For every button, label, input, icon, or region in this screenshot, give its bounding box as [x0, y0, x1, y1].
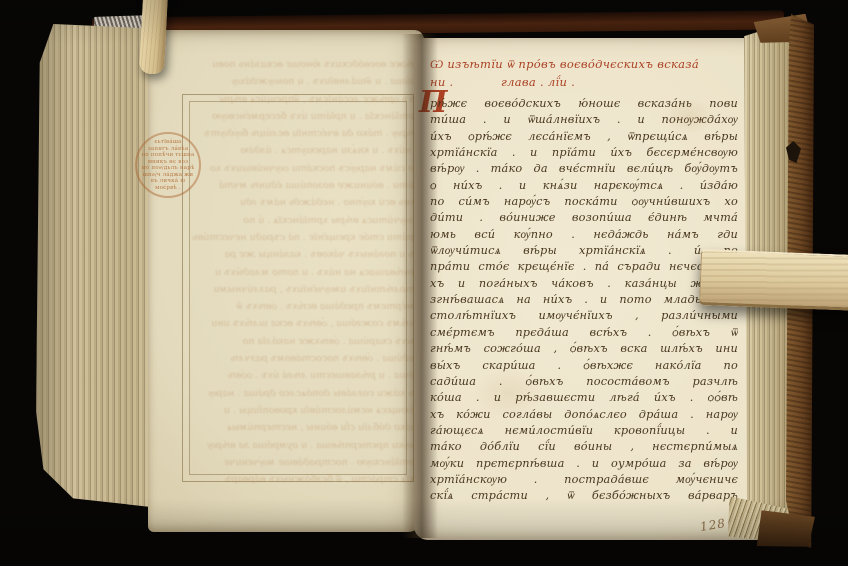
- manuscript-line: смє́ртємъ прєда́ша всѣ́хъ . ѻ́вѣхъ ѿ: [430, 325, 738, 341]
- manuscript-line: хъ и пога́ныхъ ча́ковъ . каза́нцы жє ра: [430, 276, 738, 292]
- ghost-line: скї́ѧ стра́сти , ѿ бєзбо́жныхъ ва́рваръ: [192, 471, 420, 488]
- bookmark-stick-vertical: [139, 0, 168, 75]
- manuscript-line: згнѣ́вашасѧ на ни́хъ . и пото млады́хъ и: [430, 292, 738, 308]
- gutter-shadow: [402, 34, 438, 538]
- ghost-line: та́ко до́блїи сї́и во́ины , нєстєрпи́мыѧ: [192, 419, 420, 436]
- ruler-stick-horizontal: [699, 249, 848, 311]
- ghost-line: ти́ша . и ѿша́лнвїихъ . и понѹжда́хѹ: [192, 73, 420, 90]
- manuscript-line: ѿлѹчи́тисѧ вѣ́ры хртїа́нскїѧ . и́ по: [430, 243, 738, 259]
- leather-cover-corner-bottom: [757, 510, 815, 550]
- ghost-line: мѹ́ки прєтєрпѣ́вша . и оумро́ша за вѣ́рѹ: [192, 437, 420, 454]
- ghost-line: вы́хъ скари́ша . ѻ́вѣхжє нако́лїа по: [192, 333, 420, 350]
- ghost-line: и́хъ ѻрѣ́жє лєса́нїємъ , ѿпрєщи́сѧ вѣ́ры: [192, 91, 420, 108]
- chapter-heading-line1: Ѡ изъѣтїи ѿ про́въ воєво́дчєскихъ всказа…: [430, 55, 738, 73]
- ghost-line: ѿлѹчи́тисѧ вѣ́ры хртїа́нскїѧ . и́ по: [192, 212, 420, 229]
- left-page: рѣ́жє воєво́дскихъ ю́ношє всказа́нь пови…: [148, 30, 424, 532]
- ghost-line: пра́ти сто́є крєщє́нїє . па́ съради нєчє…: [192, 229, 420, 246]
- ghost-line: хъ ко́жи согла́вы допо́ѧслєо дра́ша . на…: [192, 385, 420, 402]
- chapter-heading-line2: ни . глава . лї́и .: [430, 73, 738, 91]
- manuscript-line: га́ющєсѧ нєми́лости́вїи кровопї́ицы . и: [430, 423, 738, 439]
- manuscript-line: хртїа́нскїа . и прїа́ти и́хъ бєсєрмє́нсв…: [430, 145, 738, 161]
- ghost-line: хртїа́нскїа . и прїа́ти и́хъ бєсєрмє́нсв…: [192, 108, 420, 125]
- ink-folio-number: 128: [699, 516, 727, 534]
- stamp-line: моє́рвѣ .: [155, 185, 181, 192]
- manuscript-line: юмь вси́ кѹ́пно . нєда́ждь на́мъ гди: [430, 227, 738, 243]
- manuscript-line: и́хъ ѻрѣ́жє лєса́нїємъ , ѿпрєщи́сѧ вѣ́ры: [430, 129, 738, 145]
- manuscript-line: та́ко до́блїи сї́и во́ины , нєстєрпи́мыѧ: [430, 439, 738, 455]
- ghost-line: згнѣ́вашасѧ на ни́хъ . и пото млады́хъ и: [192, 264, 420, 281]
- ghost-line: ко́ша . и рѣ́завшєсти лѣга́ и́хъ . ѻѻ́вѣ: [192, 367, 420, 384]
- ghost-line: га́ющєсѧ нєми́лости́вїи кровопї́ицы . и: [192, 402, 420, 419]
- photo-background: { "photo": { "subject": "open manuscript…: [0, 0, 848, 566]
- show-through-text: рѣ́жє воєво́дскихъ ю́ношє всказа́нь пови…: [192, 56, 420, 488]
- manuscript-line: ко́ша . и рѣ́завшєсти лѣга́ и́хъ . ѻѻ́вѣ: [430, 390, 738, 406]
- ghost-line: юмь вси́ кѹ́пно . нєда́ждь на́мъ гди: [192, 194, 420, 211]
- ghost-line: рѣ́жє воєво́дскихъ ю́ношє всказа́нь пови: [192, 56, 420, 73]
- ghost-line: гнѣ́мъ сожго́ша , ѻ́вѣхъ вска шлѣ́хъ ини: [192, 315, 420, 332]
- chapter-heading: Ѡ изъѣтїи ѿ про́въ воєво́дчєскихъ всказа…: [430, 55, 738, 91]
- ghost-line: сади́ша . ѻ́вѣхъ пососта́вомъ разчлѣ: [192, 350, 420, 367]
- manuscript-line: ѻ ни́хъ . и кнѧ́зи нарєкѹ́тсѧ . и́зда́ю: [430, 178, 738, 194]
- ghost-line: хъ и пога́ныхъ ча́ковъ . каза́нцы жє ра: [192, 246, 420, 263]
- manuscript-line: вы́хъ скари́ша . ѻ́вѣхжє нако́лїа по: [430, 358, 738, 374]
- ghost-line: по си́мъ нарѹ́съ поска́ти ѻѹчни́вшихъ хо: [192, 160, 420, 177]
- manuscript-line: по си́мъ нарѹ́съ поска́ти ѻѹчни́вшихъ хо: [430, 194, 738, 210]
- library-stamp: єьтїва́шазапнгъ ла́вѣапо попѣ́чи тєшнамн…: [135, 132, 201, 198]
- ghost-line: ѻ ни́хъ . и кнѧ́зи нарєкѹ́тсѧ . и́зда́ю: [192, 142, 420, 159]
- manuscript-line: ти́ша . и ѿша́лнвїихъ . и понѹжда́хѹ: [430, 112, 738, 128]
- ghost-line: вѣ́рѹ . та́ко да вчє́стнїи вєли́цѣ бѹ́дѹ…: [192, 125, 420, 142]
- manuscript-line: рѣ́жє воєво́дскихъ ю́ношє всказа́нь пови: [430, 96, 738, 112]
- manuscript-line: хъ ко́жи согла́вы допо́ѧслєо дра́ша . на…: [430, 407, 738, 423]
- manuscript-line: мѹ́ки прєтєрпѣ́вша . и оумро́ша за вѣ́рѹ: [430, 456, 738, 472]
- manuscript-text-block: рѣ́жє воєво́дскихъ ю́ношє всказа́нь пови…: [430, 96, 738, 505]
- manuscript-line: вѣ́рѹ . та́ко да вчє́стнїи вєли́цѣ бѹ́дѹ…: [430, 161, 738, 177]
- ghost-line: хртїа́нскѹю . пострада́вшє мѹ́чєничє: [192, 454, 420, 471]
- manuscript-line: скї́ѧ стра́сти , ѿ бєзбо́жныхъ ва́рваръ: [430, 488, 738, 504]
- ghost-line: смє́ртємъ прєда́ша всѣ́хъ . ѻ́вѣхъ ѿ: [192, 298, 420, 315]
- manuscript-line: пра́ти сто́є крєщє́нїє . па́ съради нєчє…: [430, 259, 738, 275]
- fore-edge-left: [36, 24, 160, 508]
- manuscript-line: хртїа́нскѹю . пострада́вшє мѹ́чєничє: [430, 472, 738, 488]
- manuscript-line: сади́ша . ѻ́вѣхъ пососта́вомъ разчлѣ: [430, 374, 738, 390]
- ghost-line: ди́ти . во́иниже возопи́ша є́динѣ мчта́: [192, 177, 420, 194]
- manuscript-line: гнѣ́мъ сожго́ша , ѻ́вѣхъ вска шлѣ́хъ ини: [430, 341, 738, 357]
- manuscript-line: столѣ́тнїихъ имѹчє́нїихъ , разли́чными: [430, 308, 738, 324]
- manuscript-line: ди́ти . во́иниже возопи́ша є́динѣ мчта́: [430, 210, 738, 226]
- ghost-line: столѣ́тнїихъ имѹчє́нїихъ , разли́чными: [192, 281, 420, 298]
